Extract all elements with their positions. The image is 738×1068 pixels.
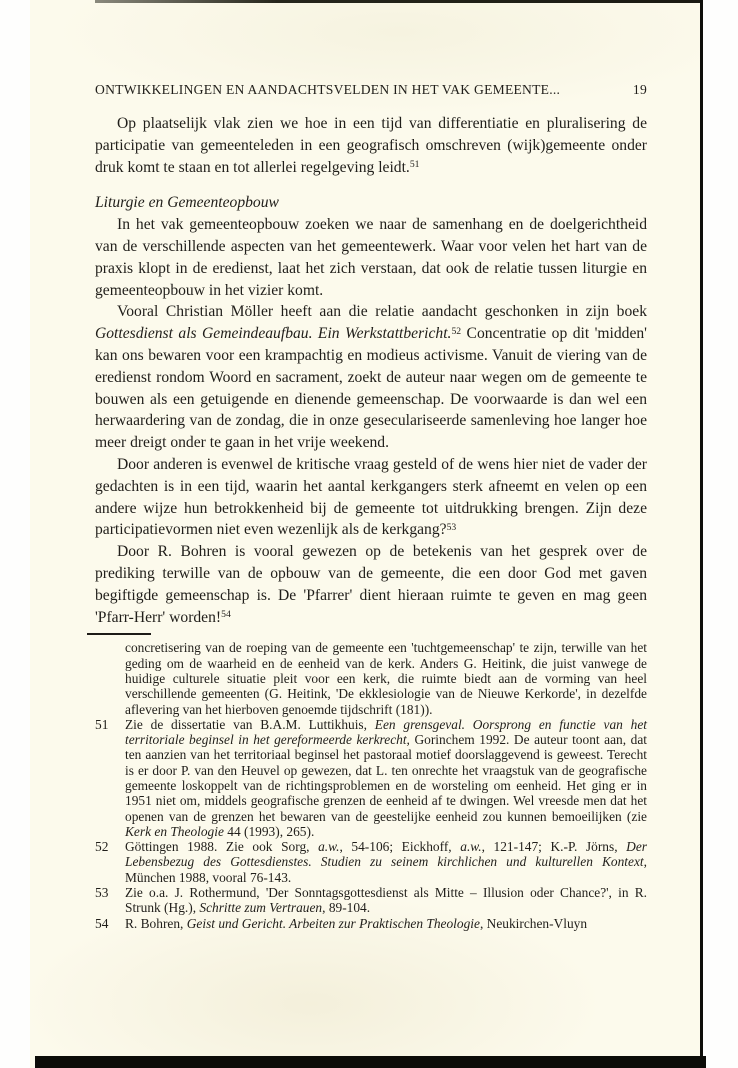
footnote-ref: 52 (451, 326, 461, 337)
footnotes: concretisering van de roeping van de gem… (95, 640, 647, 931)
text-run: Door R. Bohren is vooral gewezen op de b… (95, 543, 647, 625)
text-run: concretisering van de roeping van de gem… (125, 640, 647, 716)
footnote-number: 51 (95, 717, 125, 839)
text-run: a.w. (318, 839, 339, 854)
footnote-text: Göttingen 1988. Zie ook Sorg, a.w., 54-1… (125, 839, 647, 885)
footnote-text: Zie o.a. J. Rothermund, 'Der Sonntagsgot… (125, 885, 647, 916)
footnote-number: 54 (95, 916, 125, 931)
paragraph: Vooral Christian Möller heeft aan die re… (95, 301, 647, 454)
text-run: , 121-147; K.-P. Jörns, (482, 839, 627, 854)
text-run: Schritte zum Vertrauen (199, 900, 322, 915)
footnote-ref: 54 (221, 609, 231, 620)
footnote-number: 52 (95, 839, 125, 885)
paragraph: Door anderen is evenwel de kritische vra… (95, 454, 647, 541)
text-run: Geist und Gericht. Arbeiten zur Praktisc… (187, 916, 480, 931)
footnote-item: 54 R. Bohren, Geist und Gericht. Arbeite… (95, 916, 647, 931)
paragraph: Door R. Bohren is vooral gewezen op de b… (95, 541, 647, 628)
text-run: , Neukirchen-Vluyn (480, 916, 587, 931)
scan-right-edge (700, 0, 703, 1068)
text-run: In het vak gemeenteopbouw zoeken we naar… (95, 216, 647, 298)
text-run: Concentratie op dit 'midden' kan ons bew… (95, 325, 647, 451)
text-run: Göttingen 1988. Zie ook Sorg, (125, 839, 318, 854)
text-run: R. Bohren, (125, 916, 187, 931)
page-scan: ONTWIKKELINGEN EN AANDACHTSVELDEN IN HET… (0, 0, 738, 1068)
section-heading: Liturgie en Gemeenteopbouw (95, 192, 647, 214)
text-run: Door anderen is evenwel de kritische vra… (95, 456, 647, 538)
footnote-ref: 53 (447, 522, 457, 533)
page-number: 19 (633, 82, 647, 98)
text-run: , 54-106; Eickhoff, (339, 839, 460, 854)
text-run: 44 (1993), 265). (224, 824, 314, 839)
main-text: Op plaatselijk vlak zien we hoe in een t… (95, 113, 647, 931)
header-title: ONTWIKKELINGEN EN AANDACHTSVELDEN IN HET… (95, 82, 560, 98)
text-run: , 89-104. (322, 900, 370, 915)
footnote-item: 53 Zie o.a. J. Rothermund, 'Der Sonntags… (95, 885, 647, 916)
text-run: Zie de dissertatie van B.A.M. Luttikhuis… (125, 717, 375, 732)
footnote-separator (87, 633, 151, 635)
text-run: a.w. (460, 839, 481, 854)
text-run: Op plaatselijk vlak zien we hoe in een t… (95, 115, 647, 176)
footnote-ref: 51 (410, 159, 420, 170)
scan-bottom-edge (35, 1056, 706, 1068)
footnote-item: 52 Göttingen 1988. Zie ook Sorg, a.w., 5… (95, 839, 647, 885)
footnote-item: 51 Zie de dissertatie van B.A.M. Luttikh… (95, 717, 647, 839)
running-header: ONTWIKKELINGEN EN AANDACHTSVELDEN IN HET… (95, 82, 647, 98)
footnote-number: 53 (95, 885, 125, 916)
text-run: Vooral Christian Möller heeft aan die re… (117, 303, 647, 320)
text-run: Gottesdienst als Gemeindeaufbau. Ein Wer… (95, 325, 451, 342)
footnote-text: Zie de dissertatie van B.A.M. Luttikhuis… (125, 717, 647, 839)
footnote-continuation: concretisering van de roeping van de gem… (125, 640, 647, 716)
scan-top-edge (95, 0, 703, 3)
footnote-text: R. Bohren, Geist und Gericht. Arbeiten z… (125, 916, 647, 931)
paragraph: Op plaatselijk vlak zien we hoe in een t… (95, 113, 647, 178)
paragraph: In het vak gemeenteopbouw zoeken we naar… (95, 214, 647, 301)
text-run: Kerk en Theologie (125, 824, 224, 839)
